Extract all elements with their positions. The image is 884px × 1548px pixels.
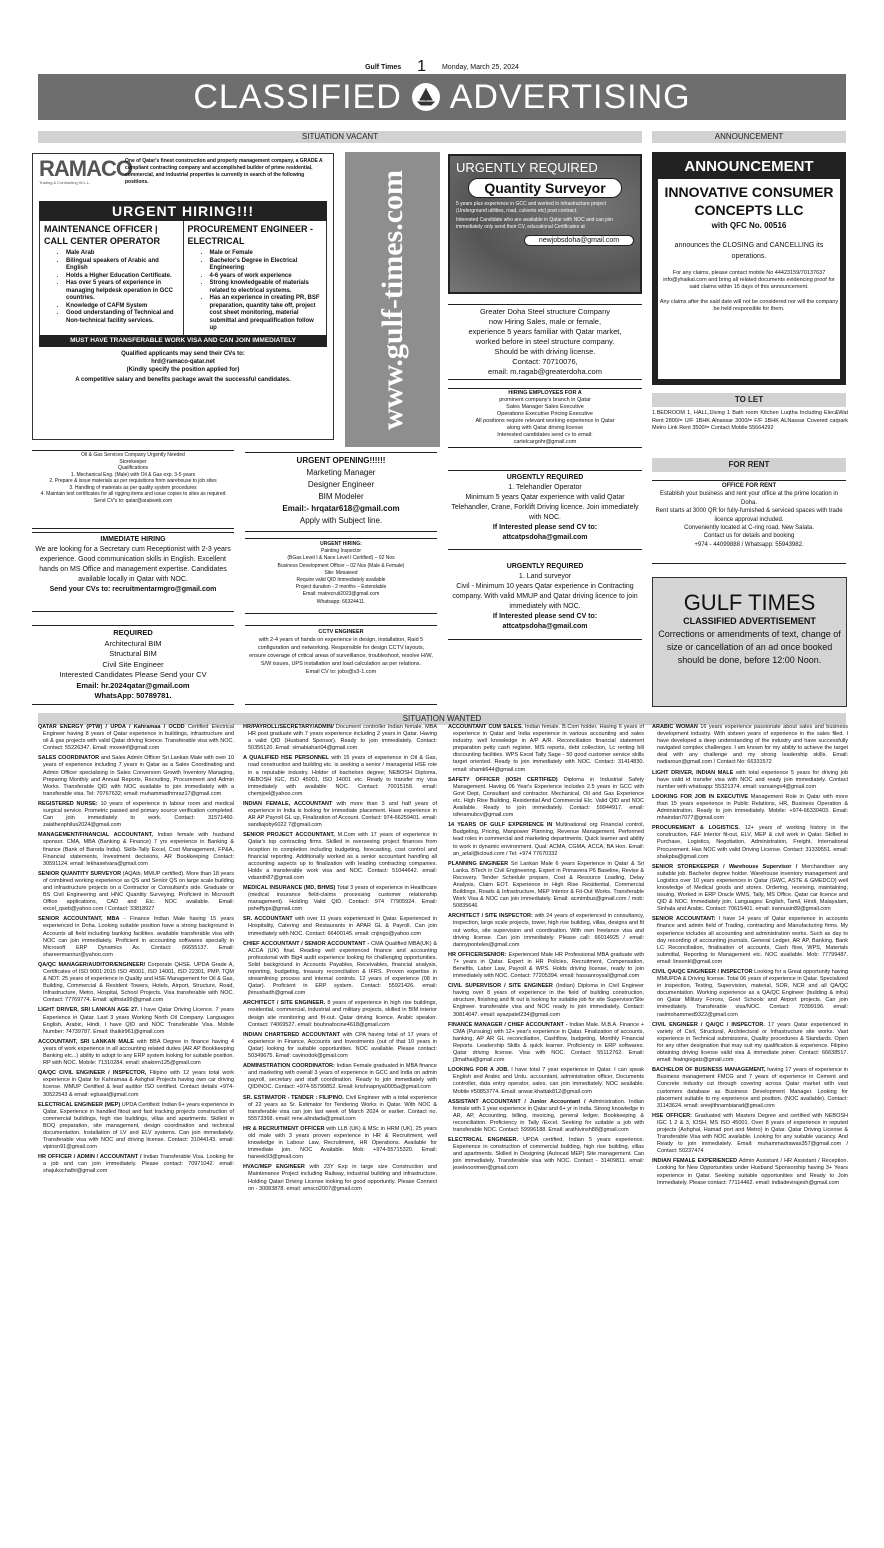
- listing-heading: CIVIL QA/QC ENGINEER / INSPECTOR: [652, 969, 753, 975]
- wanted-listing: HVAC/MEP ENGINEER with 23Y Exp in large …: [243, 1164, 437, 1192]
- wanted-listing: MEDICAL INSURANCE (MD, BHMS) Total 3 yea…: [243, 885, 437, 913]
- wanted-listing: ACCOUNTANT CUM SALES. Indian female. B.C…: [448, 724, 644, 774]
- wanted-listing: FINANCE MANAGER / CHIEF ACCOUNTANT - Ind…: [448, 1022, 644, 1065]
- wanted-listing: 14 YEARS OF GULF EXPERIENCE IN Multinati…: [448, 822, 644, 857]
- wanted-listing: ARABIC WOMAN 16 years experience passion…: [652, 724, 848, 767]
- listing-heading: MEDICAL INSURANCE (MD, BHMS): [243, 885, 335, 891]
- listing-heading: LIGHT DRIVER, SRI LANKAN AGE 27.: [38, 1007, 139, 1013]
- wanted-listing: CIVIL ENGINEER / QA/QC / INSPECTOR. 17 y…: [652, 1022, 848, 1065]
- listing-body: UPDA Certified: Indian 6+ years experien…: [43, 1102, 234, 1151]
- job-maintenance-officer: MAINTENANCE OFFICER | CALL CENTER OPERAT…: [40, 221, 183, 335]
- listing-body: Indian Male. M.B.A. Finance + CMA (Pursu…: [453, 1022, 644, 1063]
- announcement-box: ANNOUNCEMENT INNOVATIVE CONSUMER CONCEPT…: [652, 152, 846, 385]
- immediate-hiring-ad: IMMEDIATE HIRING We are looking for a Se…: [32, 532, 234, 612]
- listing-heading: MANAGEMENT/FINANCIAL ACCOUNTANT,: [38, 832, 153, 838]
- listing-heading: SENIOR PROJECT ACCOUNTANT,: [243, 832, 335, 838]
- wanted-listing: QATAR ENERGY (PTW) / UPDA / Kahramaa / O…: [38, 724, 234, 752]
- listing-heading: LIGHT DRIVER, INDIAN MALE: [652, 770, 733, 776]
- listing-heading: ADMINISTRATION COORDINATOR:: [243, 1063, 335, 1069]
- wanted-column-2: HR/PAYROLL/SECRETARY/ADMIN/ Document con…: [243, 724, 437, 1196]
- listing-heading: ARABIC WOMAN: [652, 724, 698, 730]
- listing-heading: HSE OFFICER:: [652, 1113, 692, 1119]
- listing-heading: HR OFFICER / ADMIN / ACCOUNTANT /: [38, 1154, 142, 1160]
- wanted-listing: LOOKING FOR A JOB. I have total 7 year e…: [448, 1067, 644, 1095]
- wanted-listing: REGISTERED NURSE: 10 years of experience…: [38, 801, 234, 829]
- listing-body: I have 14 years of Qatar experience in a…: [657, 916, 848, 965]
- wanted-listing: LOOKING FOR JOB IN EXECUTIVE Management …: [652, 794, 848, 822]
- wanted-listing: CHIEF ACCOUNTANT / SENIOR ACCOUNTANT - C…: [243, 941, 437, 998]
- wanted-column-4: ARABIC WOMAN 16 years experience passion…: [652, 724, 848, 1190]
- listing-heading: SENIOR ACCOUNTANT, MBA: [38, 916, 119, 922]
- listing-heading: SAFETY OFFICER (IOSH CERTIFIED): [448, 777, 558, 783]
- issue-date: Monday, March 25, 2024: [442, 64, 519, 71]
- listing-body: - Finance Indian Male having 15 years ex…: [43, 916, 234, 957]
- wanted-listing: QA/QC MANAGER/AUDITOR/ENGINEER/ Corporat…: [38, 962, 234, 1005]
- listing-body: having 17 years of experience in Busines…: [657, 1067, 848, 1108]
- wanted-listing: SENIOR PROJECT ACCOUNTANT, M.Com with 17…: [243, 832, 437, 882]
- wanted-listing: SALES COORDINATOR and Sales Admin Office…: [38, 755, 234, 798]
- greater-doha-ad: Greater Doha Steel structure Company now…: [448, 304, 642, 380]
- wanted-listing: HR OFFICER/SENIOR: Experienced Male HR P…: [448, 952, 644, 980]
- wanted-listing: CIVIL SUPERVISOR / SITE ENGINEER (Indian…: [448, 983, 644, 1018]
- quantity-surveyor-ad: URGENTLY REQUIRED Quantity Surveyor 5 ye…: [448, 154, 642, 294]
- listing-heading: ASSISTANT ACCOUNTANT / Junior Accountant…: [448, 1099, 585, 1105]
- listing-heading: CIVIL SUPERVISOR / SITE ENGINEER: [448, 983, 553, 989]
- listing-heading: INDIAN CHARTERED ACCOUNTANT: [243, 1032, 340, 1038]
- wanted-listing: A QUALIFIED HSE PERSONNEL with 15 years …: [243, 755, 437, 798]
- listing-body: 17 years Qatar experienced in variety of…: [657, 1022, 848, 1063]
- section-banner: CLASSIFIED ADVERTISING: [38, 74, 846, 120]
- wanted-listing: SR. ESTIMATOR - TENDER : FILIPINO. Civil…: [243, 1095, 437, 1123]
- listing-heading: INDIAN FEMALE EXPERIENCED: [652, 1158, 737, 1164]
- wanted-listing: SR. ACCOUNTANT with over 11 years experi…: [243, 916, 437, 937]
- listing-body: Graduated with Masters Degree and certif…: [657, 1113, 848, 1154]
- listing-heading: QA/QC MANAGER/AUDITOR/ENGINEER/: [38, 962, 145, 968]
- listing-heading: HR & RECRUITMENT OFFICER: [243, 1126, 324, 1132]
- listing-heading: ACCOUNTANT, SRI LANKAN MALE: [38, 1039, 134, 1045]
- urgent-hiring-banner: URGENT HIRING!!!: [39, 201, 327, 221]
- listing-body: Indian female. B.Com holder. Having 6 ye…: [453, 724, 644, 773]
- dhow-boat-icon: [412, 83, 440, 111]
- listing-heading: SR. ACCOUNTANT: [243, 916, 293, 922]
- wanted-listing: INDIAN FEMALE EXPERIENCED Admin Assistan…: [652, 1158, 848, 1186]
- listing-heading: ARCHITECT / SITE INSPECTOR:: [448, 913, 533, 919]
- visa-requirement: MUST HAVE TRANSFERABLE WORK VISA AND CAN…: [39, 335, 327, 347]
- listing-heading: ACCOUNTANT CUM SALES.: [448, 724, 523, 730]
- wanted-listing: MANAGEMENT/FINANCIAL ACCOUNTANT, Indian …: [38, 832, 234, 867]
- ramaco-logo: RAMACO: [39, 158, 119, 180]
- listing-heading: HR OFFICER/SENIOR:: [448, 952, 506, 958]
- ramaco-email-link[interactable]: hrd@ramaco-qatar.net: [39, 358, 327, 366]
- wanted-listing: PROCUREMENT & LOGISTICS. 12+ years of wo…: [652, 825, 848, 860]
- section-header-announcement: ANNOUNCEMENT: [652, 131, 846, 143]
- wanted-listing: ARCHITECT / SITE INSPECTOR: with 24 year…: [448, 913, 644, 948]
- ramaco-hiring-ad: RAMACO Trading & Contracting W.L.L. One …: [32, 153, 334, 440]
- listing-body: Diploma in Industrial Safety Management.…: [453, 777, 644, 818]
- listing-heading: A QUALIFIED HSE PERSONNEL: [243, 755, 329, 761]
- listing-heading: ARCHITECT / SITE ENGINEER.: [243, 1000, 325, 1006]
- listing-heading: QA/QC CIVIL ENGINEER / INSPECTOR,: [38, 1070, 146, 1076]
- listing-heading: SENIOR STOREKEEPER / Warehouse Superviso…: [652, 864, 797, 870]
- hiring-employees-ad: HIRING EMPLOYEES FOR A prominent company…: [448, 388, 642, 448]
- listing-heading: SENIOR ACCOUNTANT:: [652, 916, 716, 922]
- wanted-listing: HR/PAYROLL/SECRETARY/ADMIN/ Document con…: [243, 724, 437, 752]
- wanted-listing: BACHELOR OF BUSINESS MANAGEMENT, having …: [652, 1067, 848, 1110]
- ramaco-intro: One of Qatar's finest construction and p…: [125, 158, 327, 198]
- wanted-listing: HR & RECRUITMENT OFFICER with LLB (UK) &…: [243, 1126, 437, 1161]
- cctv-engineer-ad: CCTV ENGINEER with 2-4 years of hands on…: [245, 625, 437, 705]
- telehandler-ad: URGENTLY REQUIRED 1. Telehandler Operato…: [448, 470, 642, 550]
- wanted-listing: ELECTRICAL ENGINEER. UPDA certified. Ind…: [448, 1137, 644, 1172]
- wanted-listing: INDIAN FEMALE, ACCOUNTANT with more than…: [243, 801, 437, 829]
- wanted-listing: INDIAN CHARTERED ACCOUNTANT with CPA hav…: [243, 1032, 437, 1060]
- wanted-listing: LIGHT DRIVER, SRI LANKAN AGE 27. I have …: [38, 1007, 234, 1035]
- section-header-to-let: TO LET: [652, 393, 846, 407]
- listing-heading: PLANNING ENGINEER: [448, 861, 508, 867]
- listing-heading: PROCUREMENT & LOGISTICS.: [652, 825, 740, 831]
- wanted-listing: ASSISTANT ACCOUNTANT / Junior Accountant…: [448, 1099, 644, 1134]
- wanted-listing: ACCOUNTANT, SRI LANKAN MALE with BBA Deg…: [38, 1039, 234, 1067]
- website-vertical-banner[interactable]: www.gulf-times.com: [345, 152, 440, 447]
- listing-heading: BACHELOR OF BUSINESS MANAGEMENT,: [652, 1067, 765, 1073]
- required-bim-ad: REQUIRED Architectural BIM Structural BI…: [32, 625, 234, 705]
- listing-body: Looking for a Great opportunity having M…: [657, 969, 848, 1018]
- listing-heading: LOOKING FOR A JOB.: [448, 1067, 509, 1073]
- wanted-listing: SAFETY OFFICER (IOSH CERTIFIED) Diploma …: [448, 777, 644, 820]
- listing-heading: INDIAN FEMALE, ACCOUNTANT: [243, 801, 332, 807]
- banner-right-text: ADVERTISING: [450, 78, 691, 117]
- job-procurement-engineer: PROCUREMENT ENGINEER - ELECTRICAL Male o…: [183, 221, 327, 335]
- section-header-situation-vacant: SITUATION VACANT: [38, 131, 642, 143]
- banner-left-text: CLASSIFIED: [193, 78, 401, 117]
- urgent-opening-ad: URGENT OPENING!!!!!! Marketing Manager D…: [245, 452, 437, 532]
- wanted-listing: HSE OFFICER: Graduated with Masters Degr…: [652, 1113, 848, 1156]
- wanted-listing: SENIOR STOREKEEPER / Warehouse Superviso…: [652, 864, 848, 914]
- qs-email-link[interactable]: newjobsdoha@gmail.com: [524, 235, 634, 246]
- wanted-listing: ARCHITECT / SITE ENGINEER. 8 years of ex…: [243, 1000, 437, 1028]
- listing-heading: QATAR ENERGY (PTW) / UPDA / Kahramaa / O…: [38, 724, 185, 730]
- wanted-listing: ELECTRICAL ENGINEER (MEP) UPDA Certified…: [38, 1102, 234, 1152]
- listing-heading: HR/PAYROLL/SECRETARY/ADMIN/: [243, 724, 334, 730]
- listing-heading: ELECTRICAL ENGINEER (MEP): [38, 1102, 120, 1108]
- urgent-hiring-painting-ad: URGENT HIRING: Painting Inspector (BGas …: [245, 538, 437, 614]
- wanted-column-3: ACCOUNTANT CUM SALES. Indian female. B.C…: [448, 724, 644, 1176]
- wanted-listing: CIVIL QA/QC ENGINEER / INSPECTOR Looking…: [652, 969, 848, 1019]
- wanted-column-1: QATAR ENERGY (PTW) / UPDA / Kahramaa / O…: [38, 724, 234, 1179]
- listing-heading: SR. ESTIMATOR - TENDER : FILIPINO.: [243, 1095, 344, 1101]
- listing-body: with 15 years of experience in Oil & Gas…: [248, 755, 437, 796]
- wanted-listing: SENIOR QUANTITY SURVEYOR (AQAib, MMUP ce…: [38, 871, 234, 914]
- gulf-times-notice: GULF TIMES CLASSIFIED ADVERTISEMENT Corr…: [652, 577, 847, 707]
- listing-body: Merchandiser any suitable job. Bachelor …: [657, 864, 848, 913]
- listing-body: CMA Qualified MBA(UK) & ACCA (UK) final.…: [248, 941, 437, 997]
- wanted-listing: QA/QC CIVIL ENGINEER / INSPECTOR, Filipi…: [38, 1070, 234, 1098]
- listing-heading: 14 YEARS OF GULF EXPERIENCE IN: [448, 822, 552, 828]
- wanted-listing: PLANNING ENGINEER Sri Lankan Male 6 year…: [448, 861, 644, 911]
- listing-body: Corporate QHSE. UPDA Grade A, Certificat…: [43, 962, 234, 1003]
- listing-body: 16 years experience passionate about sal…: [657, 724, 848, 765]
- office-for-rent-ad: OFFICE FOR RENT Establish your business …: [652, 480, 846, 564]
- to-let-listing: 1.BEDROOM 1, HALL,1living 1 Bath room Ki…: [652, 410, 848, 433]
- listing-heading: CHIEF ACCOUNTANT / SENIOR ACCOUNTANT -: [243, 941, 369, 947]
- wanted-listing: SENIOR ACCOUNTANT, MBA - Finance Indian …: [38, 916, 234, 959]
- listing-body: (AQAib, MMUP certified). More than 18 ye…: [43, 871, 234, 912]
- listing-heading: SALES COORDINATOR: [38, 755, 99, 761]
- wanted-listing: HR OFFICER / ADMIN / ACCOUNTANT / Indian…: [38, 1154, 234, 1175]
- listing-heading: SENIOR QUANTITY SURVEYOR: [38, 871, 121, 877]
- wanted-listing: SENIOR ACCOUNTANT: I have 14 years of Qa…: [652, 916, 848, 966]
- land-surveyor-ad: URGENTLY REQUIRED 1. Land surveyor Civil…: [448, 560, 642, 640]
- listing-heading: FINANCE MANAGER / CHIEF ACCOUNTANT -: [448, 1022, 568, 1028]
- wanted-listing: ADMINISTRATION COORDINATOR: Indian Femal…: [243, 1063, 437, 1091]
- wanted-listing: LIGHT DRIVER, INDIAN MALE with total exp…: [652, 770, 848, 791]
- publication-name: Gulf Times: [365, 64, 401, 71]
- listing-heading: REGISTERED NURSE:: [38, 801, 98, 807]
- listing-body: Sri Lankan Male 6 years Experience in Qa…: [453, 861, 644, 910]
- section-header-for-rent: FOR RENT: [652, 458, 846, 472]
- listing-heading: HVAC/MEP ENGINEER: [243, 1164, 305, 1170]
- listing-body: M.Com with 17 years of experience in Qat…: [248, 832, 437, 881]
- listing-heading: CIVIL ENGINEER / QA/QC / INSPECTOR.: [652, 1022, 765, 1028]
- oil-gas-storekeeper-ad: Oil & Gas Services Company Urgently Need…: [32, 450, 234, 529]
- listing-heading: LOOKING FOR JOB IN EXECUTIVE: [652, 794, 748, 800]
- gulf-times-logo: GULF TIMES: [653, 592, 846, 614]
- listing-heading: ELECTRICAL ENGINEER.: [448, 1137, 518, 1143]
- listing-body: and Sales Admin Officer Sri Lankan Male …: [43, 755, 234, 796]
- announcement-company: INNOVATIVE CONSUMER CONCEPTS LLC: [658, 183, 840, 219]
